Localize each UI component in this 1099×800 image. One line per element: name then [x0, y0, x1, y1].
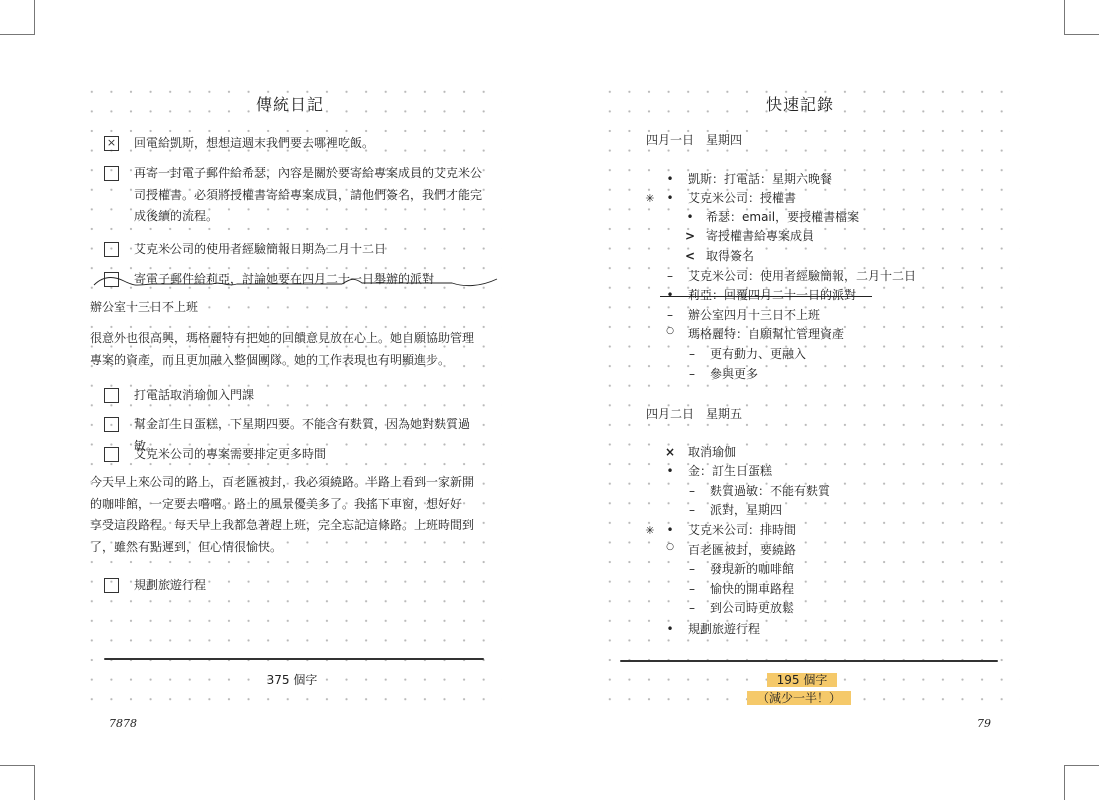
item-text: 艾克米公司：排時間: [688, 523, 796, 537]
entry-text-line: 專案的資產，而且更加融入整個團隊。她的工作表現也有明顯進步。: [90, 350, 482, 372]
note-entry: 辦公室十三日不上班: [90, 297, 482, 319]
item-text: 凱斯：打電話：星期六晚餐: [688, 172, 832, 186]
event-circle-icon: ○: [662, 538, 678, 557]
item-text: 艾克米公司：授權書: [688, 191, 796, 205]
task-entry: 艾克米公司的使用者經驗簡報日期為二月十二日: [134, 239, 482, 261]
crop-mark-bottom-left: [0, 765, 35, 800]
log-item: – 麩質過敏：不能有麩質: [710, 482, 830, 501]
log-item: • 金：訂生日蛋糕: [688, 462, 772, 481]
bullet-task-icon: •: [662, 462, 678, 481]
entry-text-line: 的咖啡館，一定要去嚐嚐。路上的風景優美多了。我搖下車窗，想好好: [90, 494, 482, 516]
page-title: 快速記錄: [580, 92, 1020, 115]
entry-text: 艾克米公司的使用者經驗簡報日期為二月十二日: [134, 242, 386, 256]
checkbox[interactable]: [104, 166, 119, 181]
item-text: 莉亞：回覆四月二十一日的派對: [688, 288, 856, 302]
priority-star-icon: ✳: [643, 521, 657, 540]
log-item: ○ 瑪格麗特：自願幫忙管理資產: [688, 325, 844, 344]
right-page-rapid-logging: 快速記錄 四月一日 星期四 • 凱斯：打電話：星期六晚餐 ✳ • 艾克米公司：授…: [600, 80, 1020, 720]
entry-text: 艾克米公司的專案需要排定更多時間: [134, 447, 326, 461]
divider-rule: [104, 658, 484, 660]
bullet-task-icon: •: [662, 170, 678, 189]
log-item: > 寄授權書給專案成員: [706, 227, 814, 246]
item-text: 愉快的開車路程: [710, 582, 794, 596]
task-entry: × 回電給凱斯，想想這週末我們要去哪裡吃飯。: [134, 133, 482, 155]
log-item: – 艾克米公司：使用者經驗簡報，二月十二日: [688, 267, 916, 286]
word-count-note-highlight: （減少一半！）: [747, 691, 851, 705]
note-dash-icon: –: [684, 482, 700, 501]
migrated-arrow-icon: >: [682, 227, 698, 246]
scheduled-arrow-icon: <: [682, 247, 698, 266]
log-item: – 參與更多: [710, 365, 758, 384]
completed-x-icon: ×: [662, 443, 678, 462]
note-dash-icon: –: [684, 599, 700, 618]
left-page-traditional-journal: 傳統日記 × 回電給凱斯，想想這週末我們要去哪裡吃飯。 再寄一封電子郵件給希瑟，…: [82, 80, 502, 720]
word-count-highlight: 195 個字: [767, 673, 838, 687]
bullet-task-icon: •: [662, 189, 678, 208]
log-item: • 凱斯：打電話：星期六晚餐: [688, 170, 832, 189]
entry-text: 規劃旅遊行程: [134, 578, 206, 592]
log-item: – 到公司時更放鬆: [710, 599, 794, 618]
item-text: 派對，星期四: [710, 503, 782, 517]
checkbox[interactable]: [104, 242, 119, 257]
checkbox[interactable]: [104, 388, 119, 403]
log-item: – 愉快的開車路程: [710, 580, 794, 599]
entry-text: 辦公室十三日不上班: [90, 300, 198, 314]
note-dash-icon: –: [684, 560, 700, 579]
x-mark-icon: ×: [107, 136, 116, 149]
note-paragraph: 今天早上來公司的路上，百老匯被封，我必須繞路。半路上看到一家新開 的咖啡館，一定…: [90, 472, 482, 558]
day-heading: 四月一日 星期四: [646, 131, 742, 150]
task-entry: 打電話取消瑜伽入門課: [134, 385, 482, 407]
entry-text-line: 了，雖然有點遲到，但心情很愉快。: [90, 537, 482, 559]
entry-text-line: 再寄一封電子郵件給希瑟，內容是關於要寄給專案成員的艾克米公: [134, 163, 482, 185]
checkbox[interactable]: [104, 578, 119, 593]
item-text: 參與更多: [710, 367, 758, 381]
entry-text-line: 很意外也很高興，瑪格麗特有把她的回饋意見放在心上。她自願協助管理: [90, 328, 482, 350]
page-title: 傳統日記: [78, 92, 502, 115]
note-dash-icon: –: [684, 580, 700, 599]
log-item: – 派對，星期四: [710, 501, 782, 520]
entry-text-line: 今天早上來公司的路上，百老匯被封，我必須繞路。半路上看到一家新開: [90, 472, 482, 494]
entry-text-line: 司授權書。必須將授權書寄給專案成員，請他們簽名，我們才能完: [134, 185, 482, 207]
page-number: 7878: [109, 717, 137, 730]
log-item-struck: • 莉亞：回覆四月二十一日的派對: [688, 286, 856, 305]
word-count: 375 個字: [82, 671, 502, 688]
log-item: – 辦公室四月十三日不上班: [688, 306, 820, 325]
bullet-task-icon: •: [682, 208, 698, 227]
item-text: 到公司時更放鬆: [710, 601, 794, 615]
note-dash-icon: –: [684, 345, 700, 364]
task-entry: 規劃旅遊行程: [134, 575, 482, 597]
note-dash-icon: –: [684, 501, 700, 520]
crop-mark-top-right: [1064, 0, 1099, 35]
crop-mark-top-left: [0, 0, 35, 35]
bullet-task-icon: •: [662, 620, 678, 639]
item-text: 麩質過敏：不能有麩質: [710, 484, 830, 498]
priority-star-icon: ✳: [643, 189, 657, 208]
log-item: ✳ • 艾克米公司：授權書: [688, 189, 796, 208]
entry-text: 打電話取消瑜伽入門課: [134, 388, 254, 402]
item-text: 更有動力、更融入: [710, 347, 806, 361]
event-circle-icon: ○: [662, 322, 678, 341]
checkbox[interactable]: [104, 417, 119, 432]
day-heading: 四月二日 星期五: [646, 405, 742, 424]
item-text: 取得簽名: [706, 249, 754, 263]
task-entry: 再寄一封電子郵件給希瑟，內容是關於要寄給專案成員的艾克米公 司授權書。必須將授權…: [134, 163, 482, 228]
task-entry-struck: 寄電子郵件給莉亞，討論她要在四月二十一日舉辦的派對: [134, 269, 482, 291]
log-item: • 希瑟：email，要授權書檔案: [706, 208, 859, 227]
note-dash-icon: –: [662, 267, 678, 286]
log-item: × 取消瑜伽: [688, 443, 736, 462]
item-text: 希瑟：email，要授權書檔案: [706, 210, 859, 224]
item-text: 百老匯被封，要繞路: [688, 543, 796, 557]
divider-rule: [620, 660, 998, 662]
checkbox-checked[interactable]: ×: [104, 136, 119, 151]
log-item: ✳ • 艾克米公司：排時間: [688, 521, 796, 540]
entry-text-line: 享受這段路程。每天早上我都急著趕上班，完全忘記這條路。上班時間到: [90, 515, 482, 537]
log-item: ○ 百老匯被封，要繞路: [688, 541, 796, 560]
item-text: 瑪格麗特：自願幫忙管理資產: [688, 327, 844, 341]
note-dash-icon: –: [684, 365, 700, 384]
note-paragraph: 很意外也很高興，瑪格麗特有把她的回饋意見放在心上。她自願協助管理 專案的資產，而…: [90, 328, 482, 371]
log-item: – 發現新的咖啡館: [710, 560, 794, 579]
word-count-block: 195 個字 （減少一半！）: [600, 671, 1020, 707]
item-text: 金：訂生日蛋糕: [688, 464, 772, 478]
task-entry: 艾克米公司的專案需要排定更多時間: [134, 444, 482, 466]
entry-text-line: 成後續的流程。: [134, 206, 482, 228]
page-number: 79: [977, 717, 991, 730]
log-item: < 取得簽名: [706, 247, 754, 266]
entry-text: 寄電子郵件給莉亞，討論她要在四月二十一日舉辦的派對: [134, 272, 434, 286]
crop-mark-bottom-right: [1064, 765, 1099, 800]
item-text: 取消瑜伽: [688, 445, 736, 459]
log-item: • 規劃旅遊行程: [688, 620, 760, 639]
item-text: 艾克米公司：使用者經驗簡報，二月十二日: [688, 269, 916, 283]
checkbox[interactable]: [104, 272, 119, 287]
item-text: 辦公室四月十三日不上班: [688, 308, 820, 322]
item-text: 規劃旅遊行程: [688, 622, 760, 636]
log-item: – 更有動力、更融入: [710, 345, 806, 364]
item-text: 發現新的咖啡館: [710, 562, 794, 576]
checkbox[interactable]: [104, 447, 119, 462]
strikethrough-line: [660, 296, 872, 297]
entry-text: 回電給凱斯，想想這週末我們要去哪裡吃飯。: [134, 136, 374, 150]
item-text: 寄授權書給專案成員: [706, 229, 814, 243]
